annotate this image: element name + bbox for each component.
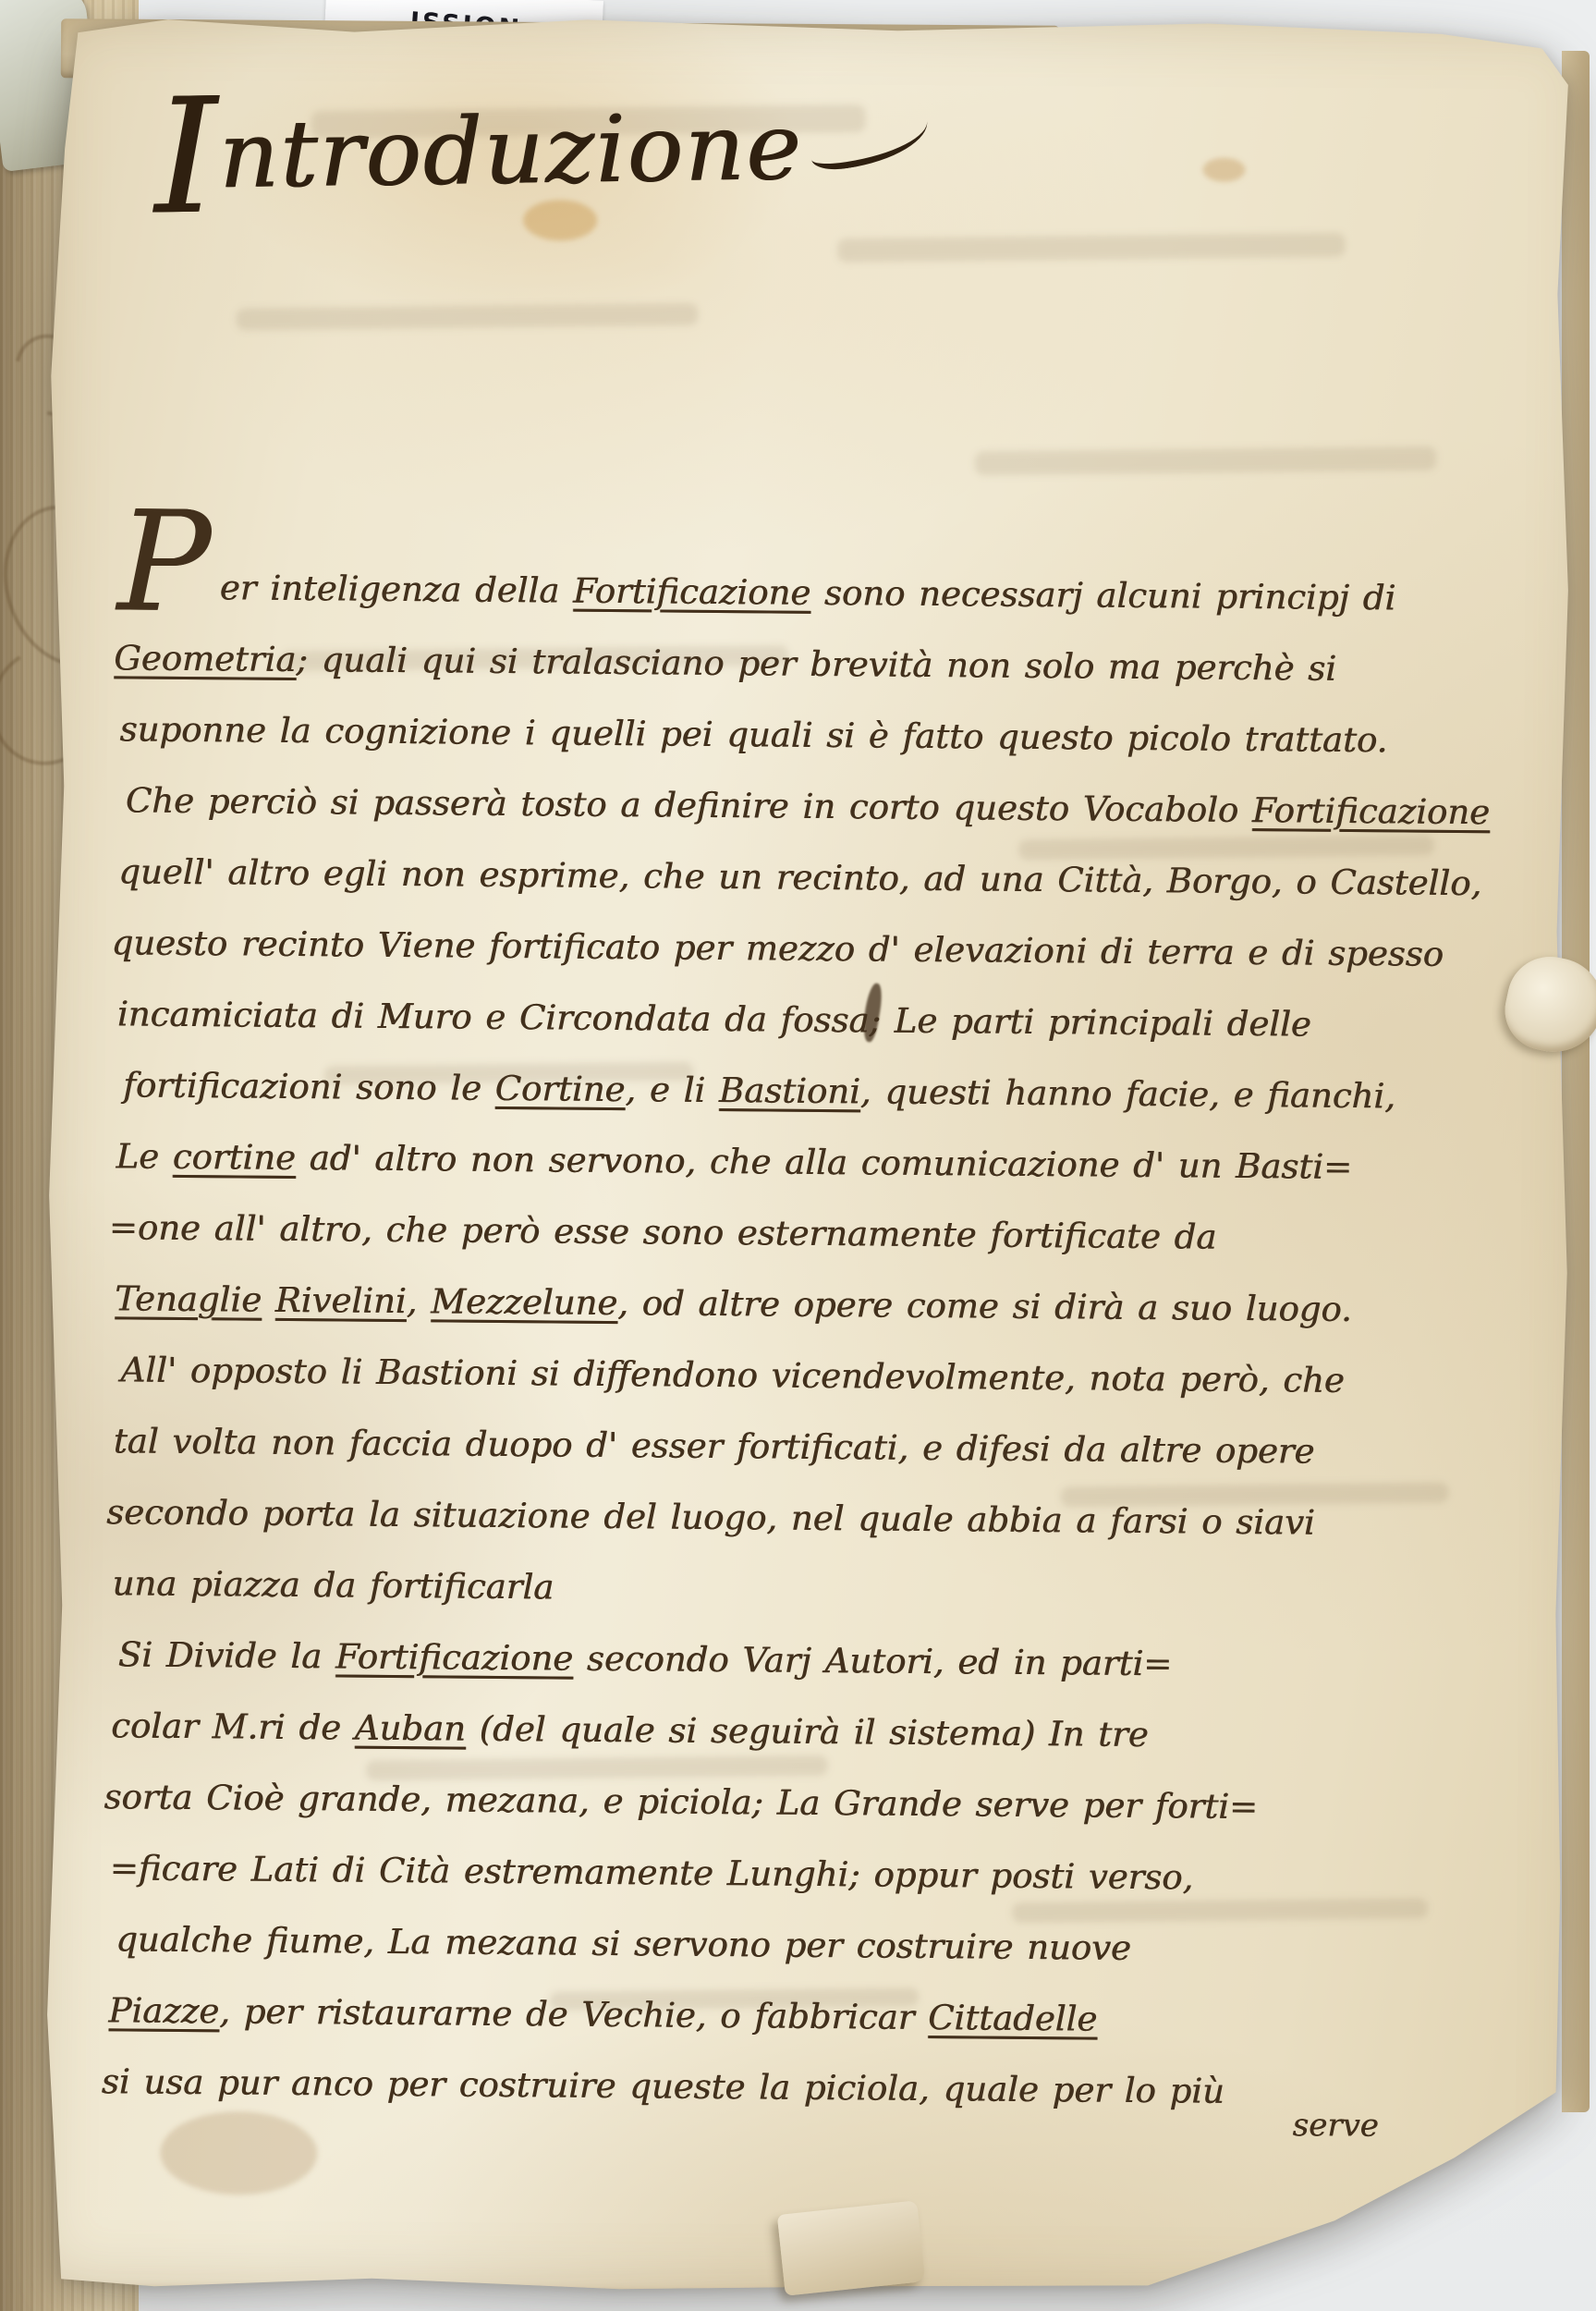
text-segment: questo recinto Viene fortificato per mez… bbox=[111, 923, 1444, 974]
underlined-term: Fortificazione bbox=[335, 1636, 573, 1678]
underlined-term: Fortificazione bbox=[573, 571, 810, 613]
text-segment: fortificazioni sono le bbox=[123, 1065, 495, 1108]
manuscript-page-wrap: Introduzione Per inteligenza della Forti… bbox=[37, 17, 1590, 2293]
text-segment: secondo Varj Autori, ed in parti= bbox=[573, 1639, 1172, 1684]
underlined-term: cortine bbox=[173, 1137, 296, 1178]
show-through-smudge bbox=[974, 446, 1436, 476]
manuscript-line: Geometria; quali qui si tralasciano per … bbox=[114, 622, 1566, 706]
manuscript-line: quell' altro egli non esprime, che un re… bbox=[118, 836, 1570, 920]
text-segment: ; quali qui si tralasciano per brevità n… bbox=[296, 640, 1336, 689]
manuscript-line: suponne la cognizione i quelli pei quali… bbox=[119, 693, 1571, 777]
manuscript-line: All' opposto li Bastioni si diffendono v… bbox=[120, 1334, 1572, 1418]
manuscript-line: fortificazioni sono le Cortine, e li Bas… bbox=[123, 1049, 1575, 1133]
text-segment: si usa pur anco per costruire queste la … bbox=[102, 2061, 1224, 2111]
text-segment: =one all' altro, che però esse sono este… bbox=[109, 1207, 1217, 1256]
manuscript-line: sorta Cioè grande, mezana, e piciola; La… bbox=[104, 1761, 1555, 1845]
text-segment: qualche fiume, La mezana si servono per … bbox=[116, 1919, 1131, 1968]
text-segment: secondo porta la situazione del luogo, n… bbox=[106, 1492, 1315, 1542]
manuscript-line: una piazza da fortificarla bbox=[112, 1547, 1564, 1632]
manuscript-line: incamiciata di Muro e Circondata da foss… bbox=[116, 978, 1568, 1062]
manuscript-line: Per inteligenza della Fortificazione son… bbox=[121, 551, 1573, 635]
text-segment: tal volta non faccia duopo d' esser fort… bbox=[114, 1421, 1315, 1471]
underlined-term: Geometria bbox=[114, 638, 297, 679]
text-segment: una piazza da fortificarla bbox=[112, 1563, 554, 1607]
show-through-smudge bbox=[837, 233, 1346, 263]
text-segment: , per ristaurarne de Vechie, o fabbricar bbox=[219, 1991, 928, 2037]
underlined-term: Mezzelune bbox=[431, 1281, 617, 1323]
text-segment: , questi hanno facie, e fianchi, bbox=[860, 1071, 1395, 1116]
title-text: ntroduzione bbox=[218, 92, 803, 209]
manuscript-line: qualche fiume, La mezana si servono per … bbox=[116, 1903, 1567, 1987]
text-segment: colar M.ri de bbox=[111, 1706, 355, 1747]
text-segment: Si Divide la bbox=[118, 1634, 336, 1676]
manuscript-line: Piazze, per ristaurarne de Vechie, o fab… bbox=[108, 1975, 1560, 2059]
manuscript-line: =one all' altro, che però esse sono este… bbox=[108, 1192, 1560, 1276]
underlined-term: Piazze bbox=[108, 1990, 219, 2031]
text-segment: (del quale si seguirà il sistema) In tre bbox=[466, 1709, 1149, 1755]
title-flourish bbox=[807, 106, 933, 173]
text-segment: =ficare Lati di Cità estremamente Lunghi… bbox=[110, 1848, 1194, 1897]
text-segment: quell' altro egli non esprime, che un re… bbox=[118, 851, 1481, 903]
manuscript-body: Per inteligenza della Fortificazione son… bbox=[101, 551, 1566, 2130]
manuscript-line: Che perciò si passerà tosto a definire i… bbox=[126, 764, 1578, 849]
foxing-stain bbox=[1202, 158, 1245, 182]
manuscript-line: tal volta non faccia duopo d' esser fort… bbox=[113, 1405, 1565, 1489]
text-segment: , od altre opere come si dirà a suo luog… bbox=[617, 1283, 1352, 1329]
manuscript-line: colar M.ri de Auban (del quale si seguir… bbox=[111, 1690, 1563, 1774]
text-segment: Le bbox=[116, 1136, 173, 1177]
underlined-term: Tenaglie bbox=[115, 1278, 262, 1319]
text-segment: suponne la cognizione i quelli pei quali… bbox=[119, 709, 1387, 760]
foxing-stain bbox=[160, 2111, 318, 2195]
foxing-stain bbox=[523, 200, 597, 240]
text-segment: sorta Cioè grande, mezana, e piciola; La… bbox=[104, 1777, 1258, 1827]
underlined-term: Fortificazione bbox=[1252, 790, 1490, 832]
page-title: Introduzione bbox=[153, 91, 932, 210]
manuscript-line: Si Divide la Fortificazione secondo Varj… bbox=[117, 1619, 1569, 1703]
underlined-term: Bastioni bbox=[719, 1070, 860, 1111]
manuscript-line: Tenaglie Rivelini, Mezzelune, od altre o… bbox=[115, 1263, 1566, 1347]
text-segment: ad' altro non servono, che alla comunica… bbox=[296, 1138, 1353, 1187]
text-segment: , e li bbox=[625, 1070, 719, 1110]
text-segment: sono necessarj alcuni principj di bbox=[810, 573, 1395, 618]
text-segment: incamiciata di Muro e Circondata da foss… bbox=[117, 994, 1311, 1044]
underlined-term: Cortine bbox=[494, 1069, 625, 1109]
text-segment: All' opposto li Bastioni si diffendono v… bbox=[120, 1350, 1345, 1400]
manuscript-line: Le cortine ad' altro non servono, che al… bbox=[116, 1120, 1567, 1204]
manuscript-line: =ficare Lati di Cità estremamente Lunghi… bbox=[109, 1832, 1561, 1916]
underlined-term: Rivelini bbox=[275, 1280, 407, 1321]
bookmark-ribbon bbox=[777, 2200, 925, 2295]
manuscript-line: questo recinto Viene fortificato per mez… bbox=[111, 907, 1563, 991]
text-segment: Che perciò si passerà tosto a definire i… bbox=[126, 780, 1252, 830]
text-segment bbox=[262, 1280, 275, 1320]
catchword: serve bbox=[1292, 2107, 1378, 2145]
drop-cap: P bbox=[116, 482, 211, 643]
show-through-smudge bbox=[236, 303, 698, 331]
underlined-term: Auban bbox=[355, 1708, 466, 1749]
manuscript-page: Introduzione Per inteligenza della Forti… bbox=[30, 12, 1596, 2297]
text-segment: er inteligenza della bbox=[220, 568, 574, 610]
photograph-of-manuscript: ISSION Introduzione Per bbox=[0, 0, 1596, 2311]
underlined-term: Cittadelle bbox=[928, 1998, 1097, 2039]
text-segment: , bbox=[406, 1281, 431, 1321]
manuscript-line: secondo porta la situazione del luogo, n… bbox=[106, 1476, 1558, 1560]
title-drop-cap: I bbox=[152, 63, 218, 250]
